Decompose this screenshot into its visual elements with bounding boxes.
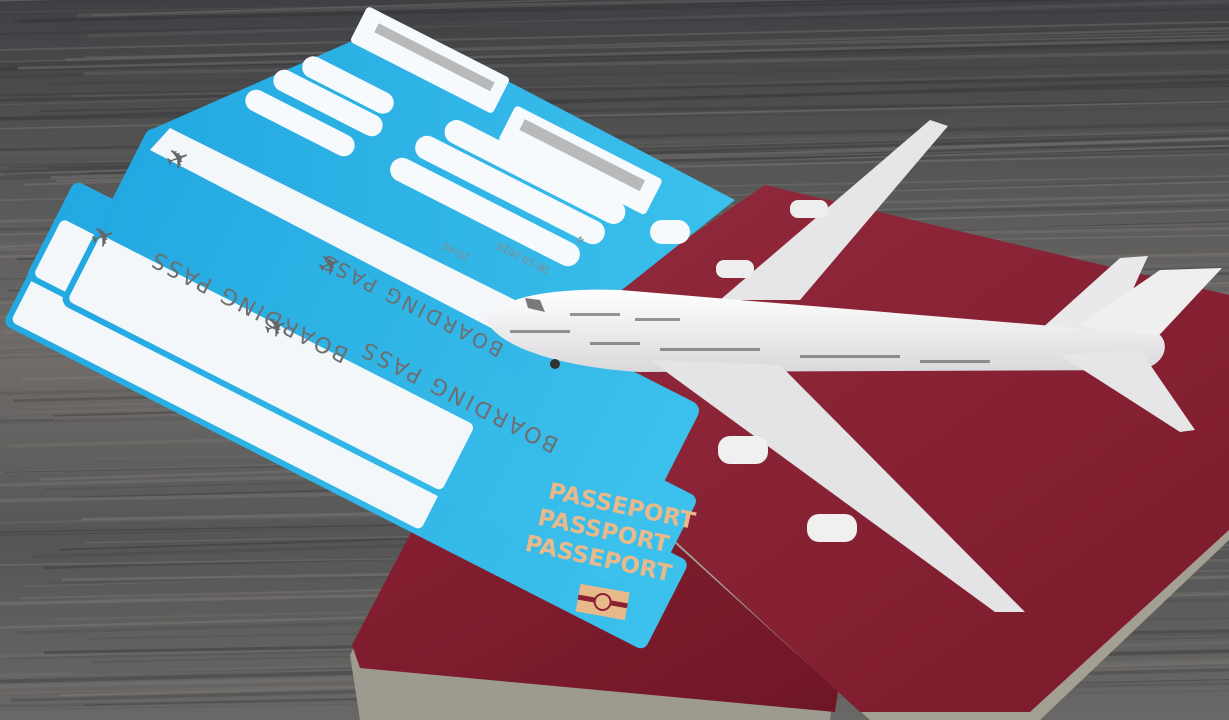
photo-scene: PASSEPORT PASSPORT PASSEPORT BOARDING PA… [0, 0, 1229, 720]
scene-canvas: PASSEPORT PASSPORT PASSEPORT BOARDING PA… [0, 0, 1229, 720]
